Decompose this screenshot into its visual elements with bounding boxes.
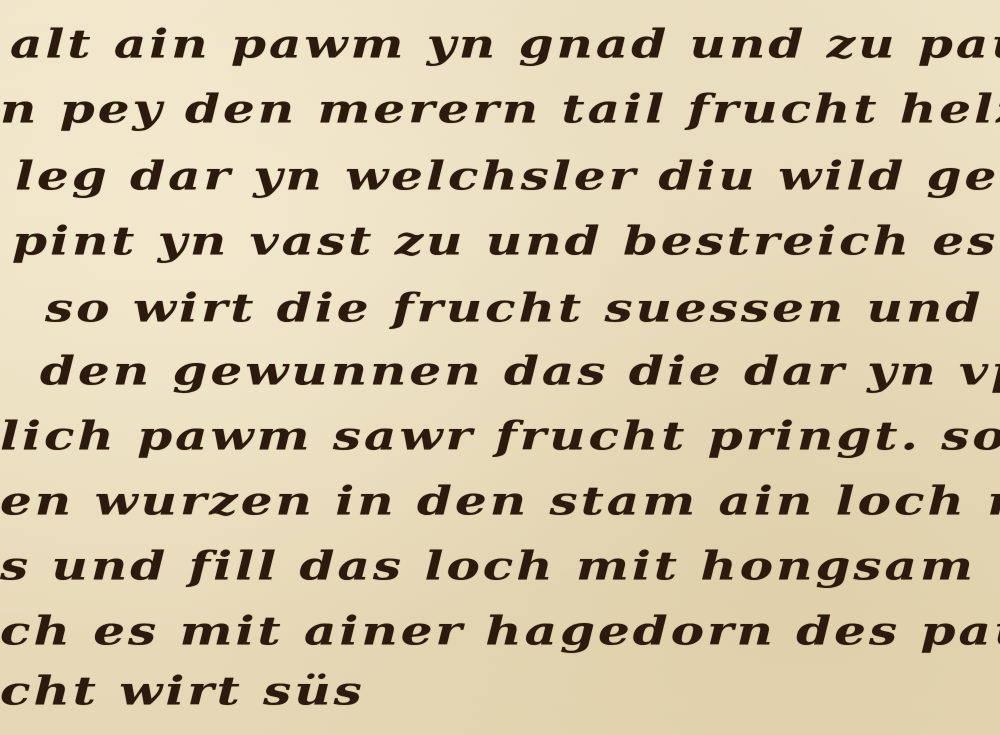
manuscript-line-4: pint yn vast zu und bestreich es (12, 218, 998, 264)
manuscript-line-2: n pey den merern tail frucht helz (0, 86, 1000, 132)
manuscript-line-6: den gewunnen das die dar yn vpon (40, 348, 1000, 394)
manuscript-page: alt ain pawm yn gnad und zu pau n pey de… (0, 0, 1000, 735)
manuscript-line-8: en wurzen in den stam ain loch mi (0, 478, 1000, 524)
manuscript-line-10: ch es mit ainer hagedorn des pau (0, 608, 1000, 654)
manuscript-line-9: s und fill das loch mit hongsam (0, 543, 976, 589)
manuscript-line-5: so wirt die frucht suessen und w (45, 285, 1000, 331)
manuscript-line-11: cht wirt süs (0, 668, 365, 714)
manuscript-line-3: leg dar yn welchsler diu wild ge (15, 153, 999, 199)
manuscript-line-7: lich pawm sawr frucht pringt. so (0, 413, 1000, 459)
manuscript-line-1: alt ain pawm yn gnad und zu pau (10, 21, 1000, 67)
